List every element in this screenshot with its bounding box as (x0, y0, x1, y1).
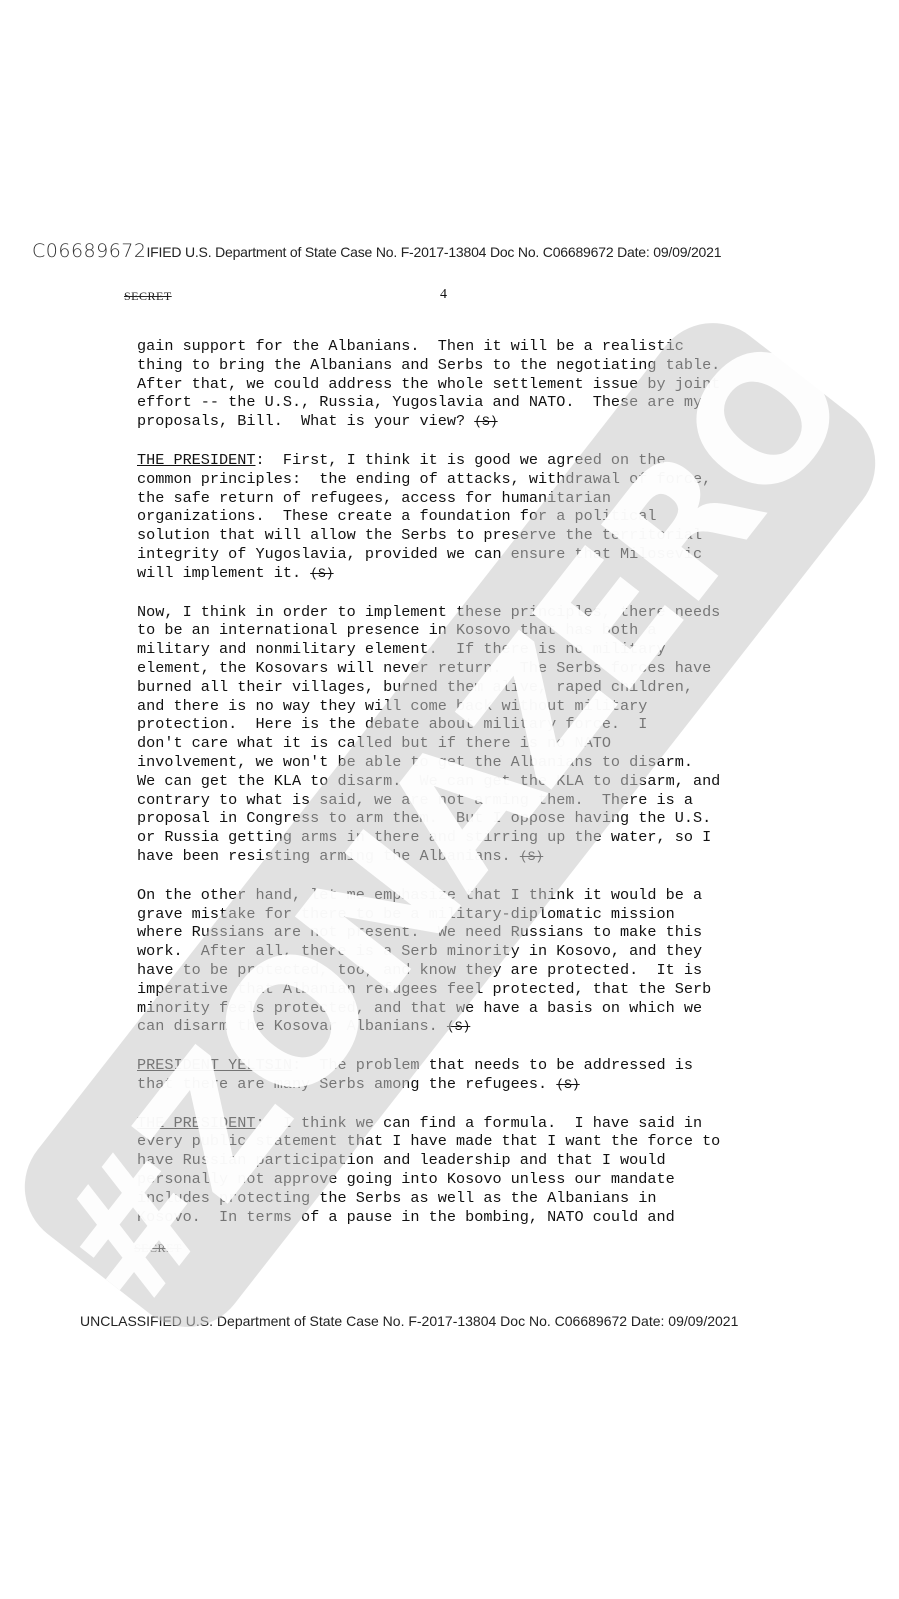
memo-line: where Russians are not present. We need … (137, 923, 702, 941)
memo-line: We can get the KLA to disarm. We can get… (137, 772, 720, 790)
memo-line: have Russian participation and leadershi… (137, 1151, 666, 1169)
memo-line: that there are many Serbs among the refu… (137, 1075, 547, 1093)
memo-line: proposals, Bill. What is your view? (137, 412, 465, 430)
memo-line: every public statement that I have made … (137, 1132, 720, 1150)
declassification-header-stamp: C06689672IFIED U.S. Department of State … (32, 240, 721, 262)
memo-paragraph: PRESIDENT YELTSIN: The problem that need… (137, 1056, 777, 1095)
memo-line: grave mistake for there to be a military… (137, 905, 675, 923)
memo-line: can disarm the Kosovar Albanians. (137, 1017, 438, 1035)
memo-line: On the other hand, let me emphasize that… (137, 886, 702, 904)
memo-line: thing to bring the Albanians and Serbs t… (137, 356, 720, 374)
memo-line: includes protecting the Serbs as well as… (137, 1189, 657, 1207)
memo-line: minority feels protected, and that we ha… (137, 999, 702, 1017)
memo-line: imperative that Albanian refugees feel p… (137, 980, 711, 998)
memo-line: or Russia getting arms in there and stir… (137, 828, 711, 846)
memo-line: integrity of Yugoslavia, provided we can… (137, 545, 702, 563)
memo-line: have to be protected, too, and know they… (137, 961, 702, 979)
memo-line: : First, I think it is good we agreed on… (255, 451, 665, 469)
memo-line: proposal in Congress to arm them. But I … (137, 809, 711, 827)
speaker-label: THE PRESIDENT (137, 1114, 255, 1132)
memo-line: the safe return of refugees, access for … (137, 489, 611, 507)
speaker-label: THE PRESIDENT (137, 451, 255, 469)
memo-paragraph: gain support for the Albanians. Then it … (137, 337, 777, 432)
memo-paragraph: THE PRESIDENT: I think we can find a for… (137, 1114, 777, 1227)
memo-line: protection. Here is the debate about mil… (137, 715, 647, 733)
paragraph-classification-mark: (S) (447, 1019, 470, 1034)
memo-line: organizations. These create a foundation… (137, 507, 657, 525)
memo-line: will implement it. (137, 564, 301, 582)
memo-line: military and nonmilitary element. If the… (137, 640, 666, 658)
memo-line: don't care what it is called but if ther… (137, 734, 611, 752)
memo-paragraph: Now, I think in order to implement these… (137, 603, 777, 867)
memo-line: have been resisting arming the Albanians… (137, 847, 511, 865)
classification-mark-top: SECRET (124, 289, 172, 304)
memo-line: involvement, we won't be able to get the… (137, 753, 693, 771)
memo-line: : I think we can find a formula. I have … (255, 1114, 702, 1132)
memo-line: burned all their villages, burned them a… (137, 678, 693, 696)
memo-line: effort -- the U.S., Russia, Yugoslavia a… (137, 393, 702, 411)
page-number: 4 (440, 287, 447, 303)
memo-line: Kosovo. In terms of a pause in the bombi… (137, 1208, 675, 1226)
memo-line: solution that will allow the Serbs to pr… (137, 526, 702, 544)
classification-mark-bottom: SECRET (134, 1241, 182, 1256)
speaker-label: PRESIDENT YELTSIN (137, 1056, 292, 1074)
document-id: C06689672 (32, 240, 146, 262)
declassification-footer-stamp: UNCLASSIFIED U.S. Department of State Ca… (80, 1313, 738, 1329)
memo-line: to be an international presence in Kosov… (137, 621, 657, 639)
memo-line: and there is no way they will come back … (137, 697, 647, 715)
memo-body: gain support for the Albanians. Then it … (137, 337, 777, 1245)
memo-line: work. After all, there is a Serb minorit… (137, 942, 702, 960)
memo-line: contrary to what is said, we are not arm… (137, 791, 693, 809)
paragraph-classification-mark: (S) (474, 414, 497, 429)
memo-paragraph: On the other hand, let me emphasize that… (137, 886, 777, 1037)
memo-line: common principles: the ending of attacks… (137, 470, 711, 488)
memo-line: Now, I think in order to implement these… (137, 603, 720, 621)
paragraph-classification-mark: (S) (520, 849, 543, 864)
memo-line: gain support for the Albanians. Then it … (137, 337, 684, 355)
memo-line: After that, we could address the whole s… (137, 375, 720, 393)
memo-paragraph: THE PRESIDENT: First, I think it is good… (137, 451, 777, 584)
memo-line: element, the Kosovars will never return.… (137, 659, 711, 677)
paragraph-classification-mark: (S) (310, 566, 333, 581)
memo-line: : The problem that needs to be addressed… (292, 1056, 693, 1074)
paragraph-classification-mark: (S) (556, 1077, 579, 1092)
header-stamp-text: IFIED U.S. Department of State Case No. … (146, 244, 721, 260)
memo-line: personally not approve going into Kosovo… (137, 1170, 675, 1188)
